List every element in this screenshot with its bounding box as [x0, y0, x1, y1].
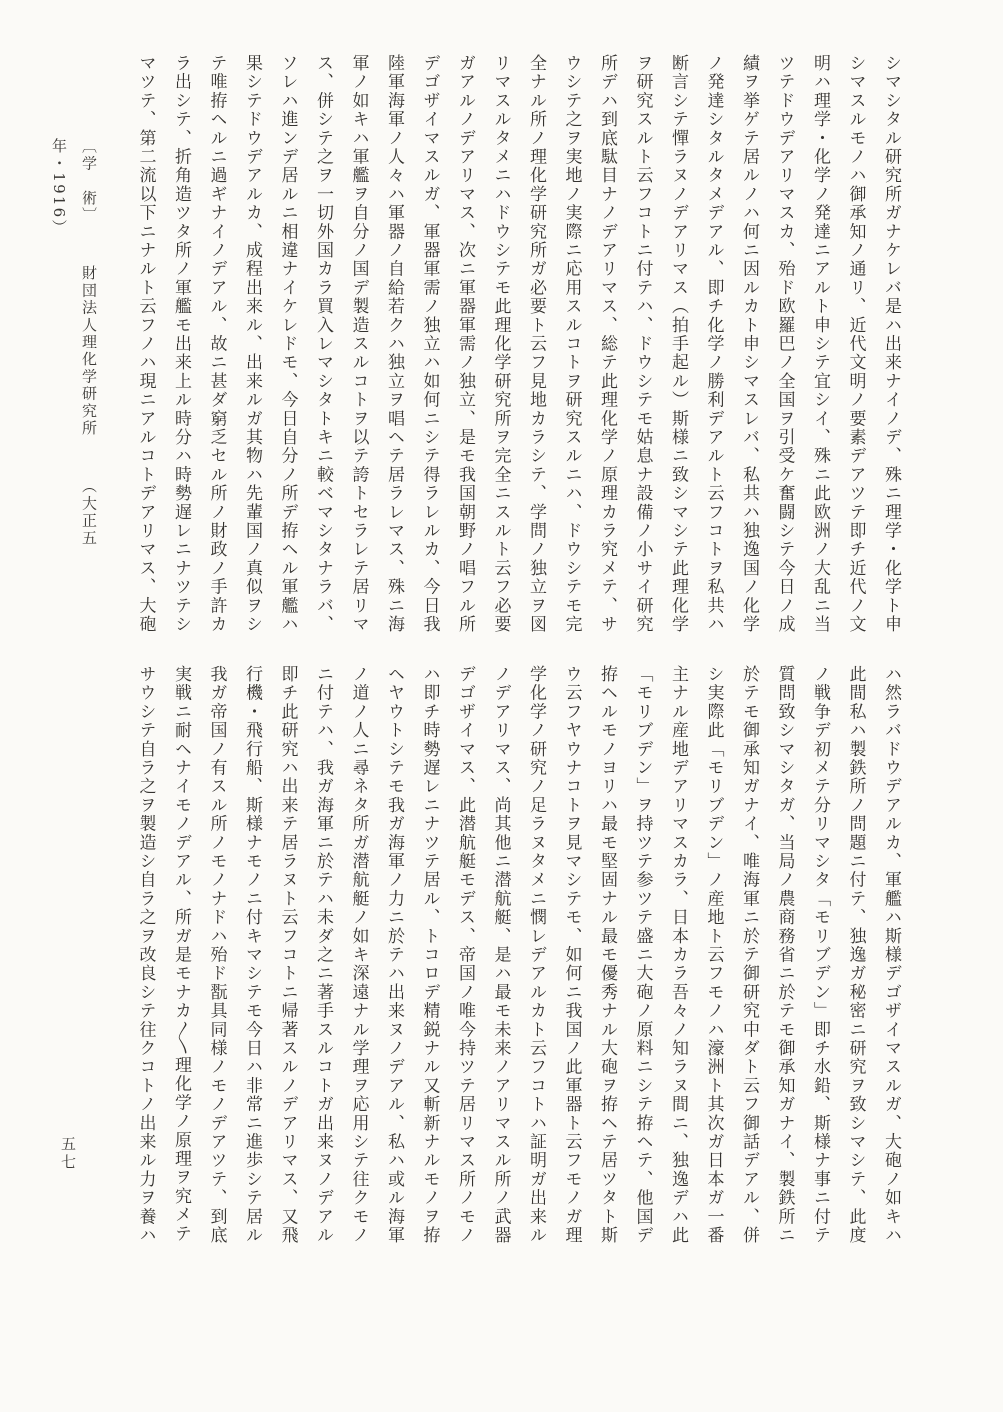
bottom-text-column: 我ガ帝国ノ有スル所ノモノナドハ殆ド翫具同様ノモノデアツテ、到底 [198, 665, 234, 1280]
bottom-text-column: 主ナル産地デアリマスカラ、日本カラ吾々ノ知ラヌ間ニ、独逸デハ此 [660, 665, 696, 1280]
top-text-column: 果シテドウデアルカ、成程出来ル、出来ルガ其物ハ先輩国ノ真似ヲシ [234, 54, 270, 654]
bottom-text-column: 於テモ御承知ガナイ、唯海軍ニ於テ御研究中ダト云フ御話デアル、併 [731, 665, 767, 1280]
bottom-text-column: 拵ヘルモノヨリハ最モ堅固ナル最モ優秀ナル大砲ヲ拵ヘテ居ツタト斯 [589, 665, 625, 1280]
top-text-block: シマシタル研究所ガナケレバ是ハ出来ナイノデ、殊ニ理学・化学ト申シマスルモノハ御承… [127, 54, 908, 654]
top-text-column: 績ヲ挙ゲテ居ルノハ何ニ因ルカト申シマスレバ、私共ハ独逸国ノ化学 [731, 54, 767, 654]
top-text-column: ラ出シテ、折角造ツタ所ノ軍艦モ出来上ル時分ハ時勢遅レニナツテシ [163, 54, 199, 654]
top-text-column: ヲ研究スルト云フコトニ付テハ、ドウシテモ姑息ナ設備ノ小サイ研究 [624, 54, 660, 654]
side-label: 〔学 術〕 財団法人理化学研究所 （大正五年・1916） [44, 138, 104, 568]
top-text-column: ガアルノデアリマス、次ニ軍器軍需ノ独立、是モ我国朝野ノ唱フル所 [447, 54, 483, 654]
bottom-text-column: ノ戦争デ初メテ分リマシタ「モリブデン」即チ水鉛、斯様ナ事ニ付テ [802, 665, 838, 1280]
top-text-column: デゴザイマスルガ、軍器軍需ノ独立ハ如何ニシテ得ラレルカ、今日我 [411, 54, 447, 654]
bottom-text-column: サウシテ自ラ之ヲ製造シ自ラ之ヲ改良シテ往クコトノ出来ル力ヲ養ハ [127, 665, 163, 1280]
top-text-column: 陸軍海軍ノ人々ハ軍器ノ自給若クハ独立ヲ唱ヘテ居ラレマス、殊ニ海 [376, 54, 412, 654]
page-number: 五七 [58, 1136, 79, 1172]
bottom-text-column: ハ即チ時勢遅レニナツテ居ル、トコロデ精鋭ナル又斬新ナルモノヲ拵 [411, 665, 447, 1280]
bottom-text-column: 「モリブデン」ヲ持ツテ参ツテ盛ニ大砲ノ原料ニシテ拵ヘテ、他国デ [624, 665, 660, 1280]
top-text-column: テ唯拵ヘルニ過ギナイノデアル、故ニ甚ダ窮乏セル所ノ財政ノ手許カ [198, 54, 234, 654]
top-text-column: シマスルモノハ御承知ノ通リ、近代文明ノ要素デアツテ即チ近代ノ文 [837, 54, 873, 654]
bottom-text-block: ハ然ラバドウデアルカ、軍艦ハ斯様デゴザイマスルガ、大砲ノ如キハ此間私ハ製鉄所ノ問… [127, 665, 908, 1280]
top-text-column: 断言シテ憚ラヌノデアリマス（拍手起ル）斯様ニ致シマシテ此理化学 [660, 54, 696, 654]
bottom-text-column: ニ付テハ、我ガ海軍ニ於テハ未ダ之ニ著手スルコトガ出来ヌノデアル [305, 665, 341, 1280]
top-text-column: シマシタル研究所ガナケレバ是ハ出来ナイノデ、殊ニ理学・化学ト申 [873, 54, 909, 654]
bottom-text-column: デゴザイマス、此潜航艇モデス、帝国ノ唯今持ツテ居リマス所ノモノ [447, 665, 483, 1280]
bottom-text-column: 行機・飛行船、斯様ナモノニ付キマシテモ今日ハ非常ニ進歩シテ居ル [234, 665, 270, 1280]
top-text-column: 明ハ理学・化学ノ発達ニアルト申シテ宜シイ、殊ニ此欧洲ノ大乱ニ当 [802, 54, 838, 654]
bottom-text-column: 学化学ノ研究ノ足ラヌタメニ憫レデアルカト云フコトハ証明ガ出来ル [518, 665, 554, 1280]
top-text-column: 所デハ到底駄目ナノデアリマス、総テ此理化学ノ原理カラ究メテ、サ [589, 54, 625, 654]
top-text-column: ソレハ進ンデ居ルニ相違ナイケレドモ、今日自分ノ所デ拵ヘル軍艦ハ [269, 54, 305, 654]
bottom-text-column: ハ然ラバドウデアルカ、軍艦ハ斯様デゴザイマスルガ、大砲ノ如キハ [873, 665, 909, 1280]
top-text-column: 全ナル所ノ理化学研究所ガ必要ト云フ見地カラシテ、学問ノ独立ヲ図 [518, 54, 554, 654]
bottom-text-column: 実戦ニ耐ヘナイモノデアル、所ガ是モナカ〳〵理化学ノ原理ヲ究メテ [163, 665, 199, 1280]
top-text-column: リマスルタメニハドウシテモ此理化学研究所ヲ完全ニスルト云フ必要 [482, 54, 518, 654]
top-text-column: 軍ノ如キハ軍艦ヲ自分ノ国デ製造スルコトヲ以テ誇トセラレテ居リマ [340, 54, 376, 654]
bottom-text-column: 質問致シマシタガ、当局ノ農商務省ニ於テモ御承知ガナイ、製鉄所ニ [766, 665, 802, 1280]
top-text-column: ス、併シテ之ヲ一切外国カラ買入レマシタトキニ較ベマシタナラバ、 [305, 54, 341, 654]
bottom-text-column: ノ道ノ人ニ尋ネタ所ガ潜航艇ノ如キ深遠ナル学理ヲ応用シテ往クモノ [340, 665, 376, 1280]
top-text-column: ツテドウデアリマスカ、殆ド欧羅巴ノ全国ヲ引受ケ奮闘シテ今日ノ成 [766, 54, 802, 654]
top-text-column: ウシテ之ヲ実地ノ実際ニ応用スルコトヲ研究スルニハ、ドウシテモ完 [553, 54, 589, 654]
top-text-column: マツテ、第二流以下ニナルト云フノハ現ニアルコトデアリマス、大砲 [127, 54, 163, 654]
side-label-section: 〔学 術〕 [80, 138, 98, 224]
bottom-text-column: ヘヤウトシテモ我ガ海軍ノ力ニ於テハ出来ヌノデアル、私ハ或ル海軍 [376, 665, 412, 1280]
bottom-text-column: 此間私ハ製鉄所ノ問題ニ付テ、独逸ガ秘密ニ研究ヲ致シマシテ、此度 [837, 665, 873, 1280]
bottom-text-column: シ実際此「モリブデン」ノ産地ト云フモノハ濠洲ト其次ガ日本ガ一番 [695, 665, 731, 1280]
document-page: シマシタル研究所ガナケレバ是ハ出来ナイノデ、殊ニ理学・化学ト申シマスルモノハ御承… [0, 0, 1003, 1412]
bottom-text-column: ウ云フヤウナコトヲ見マシテモ、如何ニ我国ノ此軍器ト云フモノガ理 [553, 665, 589, 1280]
top-text-column: ノ発達シタルタメデアル、即チ化学ノ勝利デアルト云フコトヲ私共ハ [695, 54, 731, 654]
bottom-text-column: ノデアリマス、尚其他ニ潜航艇、是ハ最モ未来ノアリマスル所ノ武器 [482, 665, 518, 1280]
bottom-text-column: 即チ此研究ハ出来テ居ラヌト云フコトニ帰著スルノデアリマス、又飛 [269, 665, 305, 1280]
side-label-organization: 財団法人理化学研究所 [80, 265, 98, 437]
